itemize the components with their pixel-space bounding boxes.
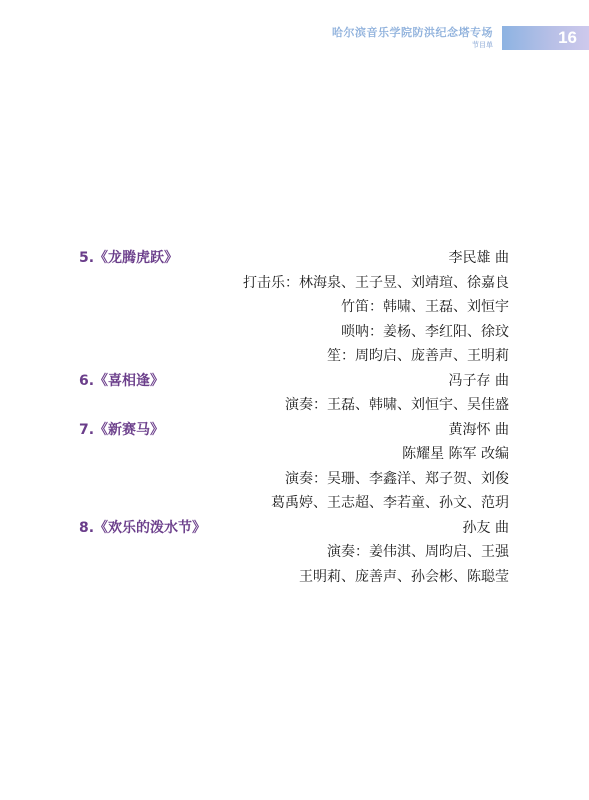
program-row: 6.《喜相逢》冯子存 曲 [79,369,509,394]
program-row: 演奏：吴珊、李鑫洋、郑子贺、刘俊 [79,467,509,492]
composer-credit: 黄海怀 曲 [449,418,509,443]
performer-credit: 打击乐：林海泉、王子昱、刘靖瑄、徐嘉良 [243,271,509,296]
piece-title: 8.《欢乐的泼水节》 [79,516,206,541]
page-number: 16 [558,28,577,48]
composer-credit: 孙友 曲 [463,516,509,541]
header-title: 哈尔滨音乐学院防洪纪念塔专场 [332,26,493,40]
program-row: 竹笛：韩啸、王磊、刘恒宇 [79,295,509,320]
performer-credit: 演奏：王磊、韩啸、刘恒宇、吴佳盛 [285,393,509,418]
header-subtitle: 节目单 [332,40,493,50]
program-row: 8.《欢乐的泼水节》孙友 曲 [79,516,509,541]
performer-credit: 唢呐：姜杨、李红阳、徐玟 [341,320,509,345]
piece-title: 6.《喜相逢》 [79,369,164,394]
program-row: 笙：周昀启、庞善声、王明莉 [79,344,509,369]
performer-credit: 王明莉、庞善声、孙会彬、陈聪莹 [299,565,509,590]
program-row: 5.《龙腾虎跃》李民雄 曲 [79,246,509,271]
performer-credit: 笙：周昀启、庞善声、王明莉 [327,344,509,369]
program-row: 演奏：姜伟淇、周昀启、王强 [79,540,509,565]
arranger-credit: 陈耀星 陈军 改编 [402,442,509,467]
composer-credit: 冯子存 曲 [449,369,509,394]
performer-credit: 演奏：吴珊、李鑫洋、郑子贺、刘俊 [285,467,509,492]
performer-credit: 竹笛：韩啸、王磊、刘恒宇 [341,295,509,320]
composer-credit: 李民雄 曲 [449,246,509,271]
program-row: 陈耀星 陈军 改编 [79,442,509,467]
page-number-tab: 16 [502,26,589,50]
program-row: 王明莉、庞善声、孙会彬、陈聪莹 [79,565,509,590]
program-row: 打击乐：林海泉、王子昱、刘靖瑄、徐嘉良 [79,271,509,296]
program-row: 演奏：王磊、韩啸、刘恒宇、吴佳盛 [79,393,509,418]
program-row: 7.《新赛马》黄海怀 曲 [79,418,509,443]
program-list: 5.《龙腾虎跃》李民雄 曲 打击乐：林海泉、王子昱、刘靖瑄、徐嘉良 竹笛：韩啸、… [79,246,509,589]
program-row: 唢呐：姜杨、李红阳、徐玟 [79,320,509,345]
header-text: 哈尔滨音乐学院防洪纪念塔专场 节目单 [332,26,493,50]
piece-title: 5.《龙腾虎跃》 [79,246,178,271]
performer-credit: 演奏：姜伟淇、周昀启、王强 [327,540,509,565]
performer-credit: 葛禹婷、王志超、李若童、孙文、范玥 [271,491,509,516]
piece-title: 7.《新赛马》 [79,418,164,443]
program-row: 葛禹婷、王志超、李若童、孙文、范玥 [79,491,509,516]
